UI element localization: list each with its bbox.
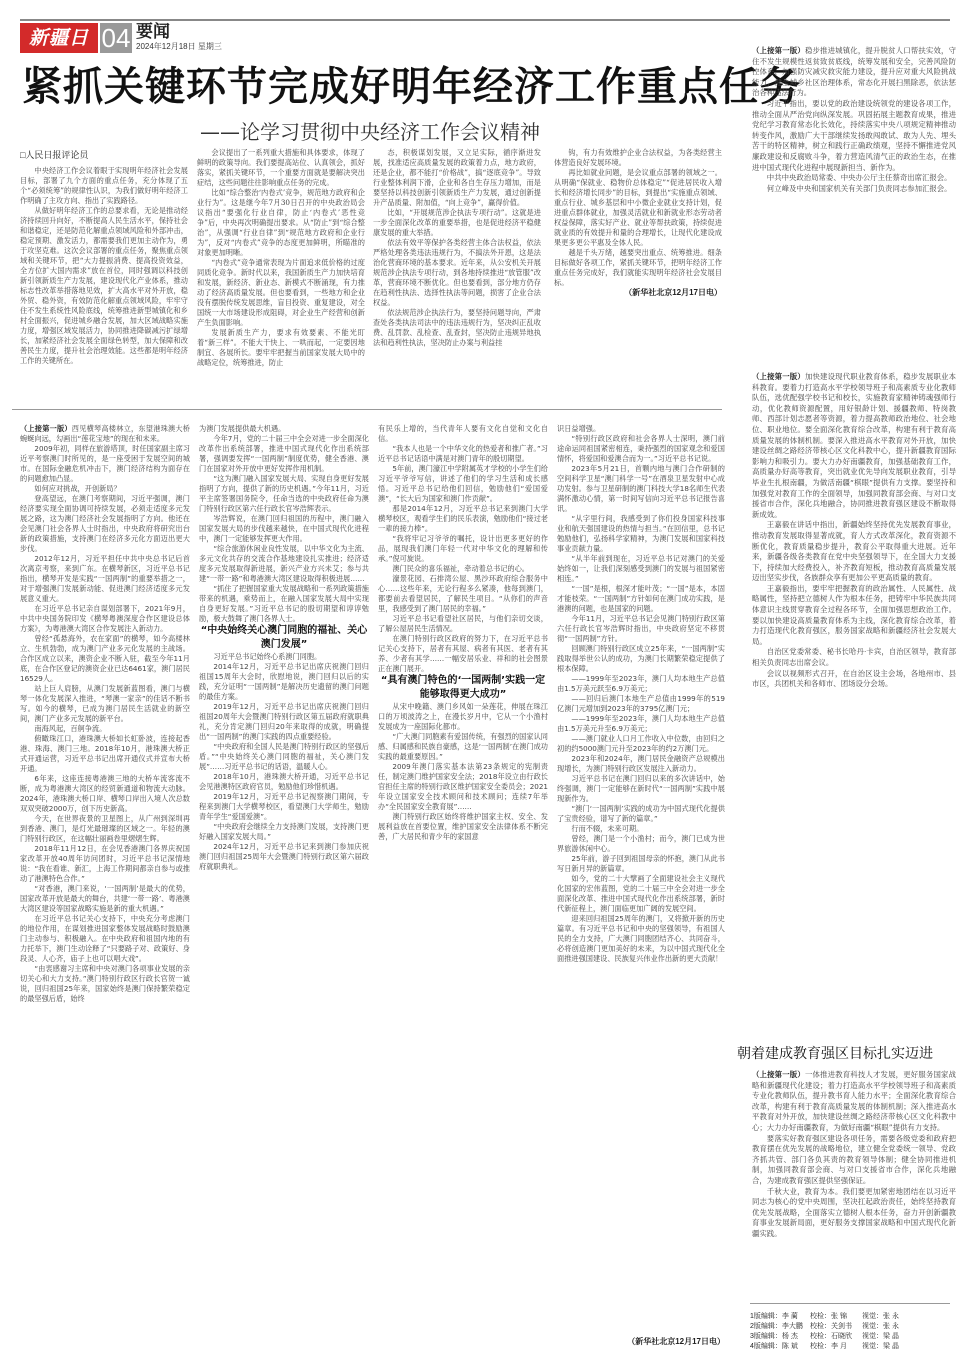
paragraph: 迎来回归祖国25周年的澳门，又将掀开新的历史篇章。有习近平总书记和中央的坚强领导…	[557, 914, 725, 964]
section-info: 要闻 2024年12月18日 星期三	[136, 23, 222, 52]
continued-from-label: （上接第一版）	[20, 424, 72, 433]
paragraph: 2019年12月，习近平总书记视察澳门期间，专程来到澳门大学横琴校区，看望澳门大…	[199, 792, 369, 822]
paragraph: 从做好明年经济工作的总要求看，无论是推动经济持续回升向好，不断提高人民生活水平，…	[20, 206, 188, 366]
issue-date: 2024年12月18日 星期三	[136, 41, 222, 52]
editor-credits: 1版编辑：李 蔺 校检：张 锦 视觉：张 永 2版编辑：李大鹏 校检：关剑书 视…	[750, 1312, 912, 1352]
paragraph: 今年11月，习近平总书记会见澳门特别行政区第六任行政长官岑浩辉时指出，中央政府坚…	[557, 614, 725, 644]
paragraph: ——回归后澳门本地生产总值由1999年的519亿澳门元增加到2023年的3795…	[557, 694, 725, 714]
paragraph: （上接第一版）加快建设现代职业教育体系，稳步发展职业本科教育。要着力打造高水平学…	[752, 372, 956, 520]
macau-article-column-3: 有民乐上增的，当代青年人要有文化自觉和文化自信。 “我本人也是一个中华文化的热爱…	[378, 424, 548, 1354]
paragraph: 如今，党的二十大擘画了全面建设社会主义现代化国家的宏伟蓝图，党的二十届三中全会对…	[557, 874, 725, 914]
paragraph: “中央政府和全国人民是澳门特别行政区的坚强后盾。”“中央始终关心澳门同胞的福祉，…	[199, 742, 369, 772]
paragraph: 习近平指出，要以党的政治建设统领党的建设各项工作，推动全面从严治党向纵深发展。巩…	[752, 99, 956, 173]
paragraph: 2024年12月，习近平总书记来到澳门参加庆祝澳门回归祖国25周年大会暨澳门特别…	[199, 842, 369, 872]
paragraph: “综合旅游休闲业良性发展，以中华文化为主流、多元文化共存的交流合作基地建设扎实推…	[199, 544, 369, 584]
paragraph: 曾经，澳门是一个小渔村；而今，澳门已成为世界旅游休闲中心。	[557, 834, 725, 854]
main-headline: 紧抓关键环节完成好明年经济工作重点任务	[22, 62, 722, 112]
education-article-title: 朝着建成教育强区目标扎实迈进	[737, 1043, 952, 1063]
paragraph: 态，积极谋划发展，又立足实际，循序渐进发展，找准适应高质量发展的政策着力点，地方…	[373, 148, 541, 208]
paragraph: 今年7月，党的二十届三中全会对进一步全面深化改革作出系统部署，推进中国式现代化作…	[199, 434, 369, 474]
paragraph: 登高望远，在澳门考察期间，习近平强调，澳门经济要实现全面协调可持续发展，必须走适…	[20, 494, 190, 554]
paragraph: 曾经“孤悬海外，农在家面”的横琴，如今高楼林立、生机勃勃，成为澳门产业多元化发展…	[20, 634, 190, 684]
paragraph: “对香港，澳门来说，‘一国两制’是最大的优势，国家改革开放是最大的舞台，共建‘一…	[20, 884, 190, 914]
paragraph: 中共中央政治局常委、中央办公厅主任蔡奇出席汇报会。	[752, 173, 956, 184]
paragraph: “由衷感谢习主席和中央对澳门各项事业发展的亲切关心和大力支持。”澳门特别行政区行…	[20, 964, 190, 1004]
paragraph: 2018年11月12日，在会见香港澳门各界庆祝国家改革开放40周年访问团时，习近…	[20, 844, 190, 884]
paragraph: 2009年初，同样在旅游塔顶，时任国家副主席习近平考察澳门时所见的，是一座受困于…	[20, 444, 190, 484]
paragraph: 比如“综合整治‘内卷式’竞争，规范地方政府和企业行为”。这是继今年7月30日召开…	[197, 188, 365, 258]
paragraph: 王嘉毅指出，要牢牢把握教育的政治属性、人民属性、战略属性，坚持把立德树人作为根本…	[752, 584, 956, 648]
paragraph: “这为澳门融入国家发展大局、实现自身更好发展指明了方向，提供了新的历史机遇。”今…	[199, 474, 369, 514]
paragraph: 澳门特别行政区始终将维护国家主权、安全、发展利益放在首要位置，维护国家安全法律体…	[378, 812, 548, 842]
paragraph: 为澳门发展提供最大机遇。	[199, 424, 369, 434]
masthead: 新疆日报 04 要闻 2024年12月18日 星期三	[20, 23, 222, 53]
page-number: 04	[100, 23, 132, 53]
paragraph: 俯瞰珠江口，港珠澳大桥如长虹卧波，连接起香港、珠海、澳门三地。2018年10月，…	[20, 734, 190, 774]
paragraph: 在澳门特别行政区政府的努力下，在习近平总书记关心支持下，居者有其屋、病者有其医、…	[378, 634, 548, 674]
paragraph: “我将牢记习爷爷的嘱托，设计出更多更好的作品，展现我们澳门年轻一代对中华文化的理…	[378, 534, 548, 564]
paragraph: “从半年前到现在，习近平总书记对澳门的关爱始终如一，让我们深刻感受到澳门的发展与…	[557, 554, 725, 584]
section-name: 要闻	[136, 23, 222, 41]
paragraph: 比如，“开展规范涉企执法专项行动”。这就是进一步全面深化改革的重要举措，也是促进…	[373, 208, 541, 238]
credit-row: 1版编辑：李 蔺 校检：张 锦 视觉：张 永	[750, 1312, 912, 1322]
paragraph: 依法有效平等保护各类经营主体合法权益，依法严格处理各类违法违规行为，不搞法外开恩…	[373, 238, 541, 308]
paragraph: 在习近平总书记亲自谋划部署下，2021年9月，中共中央国务院印发《横琴粤澳深度合…	[20, 604, 190, 634]
paragraph: ——1999年至2023年，澳门人均本地生产总值由1.5万美元升至6.9万美元；	[557, 714, 725, 734]
paragraph: 依法规范涉企执法行为，要坚持问题导向，严肃查处各类执法司法中的违法违规行为，坚决…	[373, 308, 541, 348]
top-rule	[20, 19, 950, 21]
paragraph: “从字里行间，我感受到了你们投身国家科技事业和航天强国建设的热情与担当。”在回信…	[557, 514, 725, 554]
paragraph: （上接第一版）西见横琴高楼林立，东望港珠澳大桥蜿蜒向远，勾画出“莲花宝地”的现在…	[20, 424, 190, 444]
paragraph: 那是2014年12月，习近平总书记来到澳门大学横琴校区，观看学生们的民乐表演，勉…	[378, 504, 548, 534]
macau-article-column-2: 为澳门发展提供最大机遇。 今年7月，党的二十届三中全会对进一步全面深化改革作出系…	[199, 424, 369, 1354]
paragraph: 站上巨人肩膀，从澳门发展新蓝图看，澳门与横琴一体化发展深入推进，“琴澳一家亲”的…	[20, 684, 190, 724]
main-article-column-2: 会议提出了一系列重大措施和具体要求，体现了鲜明的政策导向。我们要提高站位、认真领…	[197, 148, 365, 391]
paragraph: ——澳门就业人口月工作收入中位数，由回归之初的约5000澳门元升至2023年的约…	[557, 734, 725, 754]
education-article-body: （上接第一版）一体推进教育科技人才发展，更好服务国家战略和新疆现代化建设；着力打…	[752, 1070, 956, 1302]
paragraph: 澳门民众的喜乐福祉，牵动着总书记的心。	[378, 564, 548, 574]
continued-from-label: （上接第一版）	[752, 1070, 805, 1079]
paragraph: 习近平总书记在澳门回归以来的多次讲话中，始终强调，澳门一定能够在新时代“一国两制…	[557, 774, 725, 804]
paragraph: 何立峰及中央和国家机关有关部门负责同志参加汇报会。	[752, 184, 956, 195]
paragraph: 2014年12月，习近平总书记出席庆祝澳门回归祖国15周年大会时，欣慰地说，澳门…	[199, 662, 369, 702]
paragraph: “广大澳门同胞素有爱国传统，有强烈的国家认同感、归属感和民族自豪感，这是‘一国两…	[378, 732, 548, 762]
paragraph: 习近平总书记看望社区居民，与他们亲切交谈，了解公屋居民生活情况。	[378, 614, 548, 634]
right-mid-article: （上接第一版）加快建设现代职业教育体系，稳步发展职业本科教育。要着力打造高水平学…	[752, 372, 956, 1032]
paragraph: 2023年和2024年，澳门居民金融资产总规模出现增长，为澳门特别行政区发展注入…	[557, 754, 725, 774]
paragraph: 王嘉毅在讲话中指出，新疆始终坚持优先发展教育事业，推动教育发展取得显著成就，育人…	[752, 520, 956, 584]
credit-row: 2版编辑：李大鹏 校检：关剑书 视觉：张 永	[750, 1322, 912, 1332]
macau-article-column-1: （上接第一版）西见横琴高楼林立，东望港珠澳大桥蜿蜒向远，勾画出“莲花宝地”的现在…	[20, 424, 190, 1354]
newspaper-logo: 新疆日报	[20, 23, 98, 53]
paragraph: 要落实好教育强区建设各项任务，需要各级党委和政府把教育摆在优先发展的战略地位，建…	[752, 1134, 956, 1187]
paragraph: 千秋大业，教育为本。我们要更加紧密地团结在以习近平同志为核心的党中央周围，坚决扛…	[752, 1187, 956, 1240]
paragraph: 习近平总书记始终心系澳门同胞。	[199, 652, 369, 662]
paragraph: “内卷式”竞争通常表现为片面追求低价格的过度同质化竞争。新时代以来，我国新质生产…	[197, 258, 365, 328]
paragraph: 2023年5月21日，首颗内地与澳门合作研制的空间科学卫星“澳门科学一号”在酒泉…	[557, 464, 725, 514]
paragraph: 如何应对挑战，开创新局？	[20, 484, 190, 494]
paragraph: 有民乐上增的，当代青年人要有文化自觉和文化自信。	[378, 424, 548, 444]
paragraph: “抓住了把握国家重大发展战略和一系列政策措施带来的机遇，乘势而上，在融入国家发展…	[199, 584, 369, 624]
paragraph: 行而不辍，未来可期。	[557, 824, 725, 834]
paragraph: 从宋中晚籍、澳门乡风如一朵莲花，伸展在珠江口的万顷波涛之上，在漫长岁月中，它从一…	[378, 702, 548, 732]
continued-from-label: （上接第一版）	[752, 372, 805, 381]
continued-from-label: （上接第一版）	[752, 46, 805, 55]
macau-article-column-4: 识日益增强。 “特别行政区政府和社会各界人士深明，澳门前途命运同祖国紧密相连，秉…	[557, 424, 725, 1344]
paragraph: 回顾澳门特别行政区成立25年来，“一国两制”实践取得举世公认的成功，为澳门长期繁…	[557, 644, 725, 674]
right-top-article: （上接第一版）稳步推进城镇化，提升脱贫人口帮扶实效，守住不发生规模性返贫致贫底线…	[752, 46, 956, 346]
paragraph: 5年前，澳门濠江中学附属英才学校的小学生们给习近平爷爷写信，讲述了他们的学习生活…	[378, 464, 548, 504]
credit-row: 4版编辑：陈 斌 校检：李 月 视觉：梁 晶	[750, 1342, 912, 1352]
byline: □人民日报评论员	[20, 148, 88, 161]
macau-subheading-2: “具有澳门特色的‘一国两制’实践一定能够取得更大成功”	[378, 674, 548, 702]
paragraph: 会议以视频形式召开，在自治区设主会场，各地州市、县市区，兵团机关和各师市、团场设…	[752, 669, 956, 690]
paragraph: （上接第一版）稳步推进城镇化，提升脱贫人口帮扶实效，守住不发生规模性返贫致贫底线…	[752, 46, 956, 99]
paragraph: 发展新质生产力，要求有效要素、不能光盯着“新三样”。不能大干快上、一哄而起，一定…	[197, 328, 365, 368]
paragraph: 会议提出了一系列重大措施和具体要求，体现了鲜明的政策导向。我们要提高站位、认真领…	[197, 148, 365, 188]
paragraph: 6年来，这座连接粤港澳三地的大桥车流客流不断，成为粤港澳大湾区的经贸新通道和物流…	[20, 774, 190, 814]
main-article-column-4: 钩，有力有效维护企业合法权益，为各类经营主体营造良好发展环境。 再比如就业问题，…	[554, 148, 722, 391]
paragraph: 2012年12月，习近平担任中共中央总书记后首次离京考察，来到广东。在横琴新区，…	[20, 554, 190, 604]
credit-row: 3版编辑：杨 杰 校检：石晓欣 视觉：梁 晶	[750, 1332, 912, 1342]
credits-divider	[750, 1303, 950, 1304]
paragraph: 南海风起，百舸争流。	[20, 724, 190, 734]
paragraph: 自治区党委常委、秘书长哈丹·卡宾，自治区领导，教育部相关负责同志出席会议。	[752, 647, 956, 668]
section-divider	[12, 409, 722, 410]
paragraph: 钩，有力有效维护企业合法权益，为各类经营主体营造良好发展环境。	[554, 148, 722, 168]
paragraph: 识日益增强。	[557, 424, 725, 434]
dateline: （新华社北京12月17日电）	[554, 288, 722, 298]
paragraph: “一国”是根，根深才能叶茂；“一国”是本，本固才能枝荣。“一国两制”方针如何在澳…	[557, 584, 725, 614]
paragraph: （上接第一版）一体推进教育科技人才发展，更好服务国家战略和新疆现代化建设；着力打…	[752, 1070, 956, 1134]
paragraph: “特别行政区政府和社会各界人士深明，澳门前途命运同祖国紧密相连，秉持强烈的国家观…	[557, 434, 725, 464]
paragraph: ——1999年至2023年，澳门人均本地生产总值由1.5万美元跃至6.9万美元；	[557, 674, 725, 694]
paragraph: 今天，在世界夜景的卫星图上，从广州到深圳再到香港、澳门，是灯光最璀璨的区域之一。…	[20, 814, 190, 844]
macau-subheading-1: “中央始终关心澳门同胞的福祉、关心澳门发展”	[199, 624, 369, 652]
paragraph: 中央经济工作会议着眼于实现明年经济社会发展目标，部署了九个方面的重点任务，充分体…	[20, 166, 188, 206]
paragraph: 濠景花园、石排湾公屋、黑沙环政府综合服务中心……这些年来，无论行程多么紧凑，他每…	[378, 574, 548, 614]
macau-dateline: （新华社北京12月17日电）	[557, 1336, 725, 1347]
main-article-column-1: 中央经济工作会议着眼于实现明年经济社会发展目标，部署了九个方面的重点任务，充分体…	[20, 166, 188, 391]
paragraph: “中央政府会继续全力支持澳门发展，支持澳门更好融入国家发展大局。”	[199, 822, 369, 842]
paragraph: 越是千头万绪，越要突出重点、统筹推进。细条目标做好各项工作，紧抓关键环节，把明年…	[554, 248, 722, 288]
main-article-column-3: 态，积极谋划发展，又立足实际，循序渐进发展，找准适应高质量发展的政策着力点，地方…	[373, 148, 541, 391]
paragraph: 2018年10月，港珠澳大桥开通，习近平总书记会见港澳特区政府官员，勉励他们珍惜…	[199, 772, 369, 792]
paragraph: 2009年澳门落实基本法第23条规定的宪制责任，制定澳门维护国家安全法；2018…	[378, 762, 548, 812]
paragraph: 再比如就业问题，是会议重点部署的领域之一。从明确“保就业、稳物价总体稳定”“促进…	[554, 168, 722, 248]
main-subheadline: ——论学习贯彻中央经济工作会议精神	[200, 116, 540, 145]
paragraph: “我本人也是一个中华文化的热爱者和推广者。”习近平总书记话语中满是对澳门青年的殷…	[378, 444, 548, 464]
paragraph: 25年前，游子回到祖国母亲的怀抱，澳门从此书写日新月异的新篇章。	[557, 854, 725, 874]
paragraph: “澳门‘一国两制’实践的成功为中国式现代化提供了宝贵经验，谱写了新的篇章。”	[557, 804, 725, 824]
paragraph: 2019年12月，习近平总书记出席庆祝澳门回归祖国20周年大会暨澳门特别行政区第…	[199, 702, 369, 742]
paragraph: 在习近平总书记关心支持下，中央充分考虑澳门的地位作用，在谋划推进国家整体发展战略…	[20, 914, 190, 964]
paragraph: 岑浩辉说，在澳门回归祖国的历程中，澳门融入国家发展大局的步伐越来越快，在中国式现…	[199, 514, 369, 544]
